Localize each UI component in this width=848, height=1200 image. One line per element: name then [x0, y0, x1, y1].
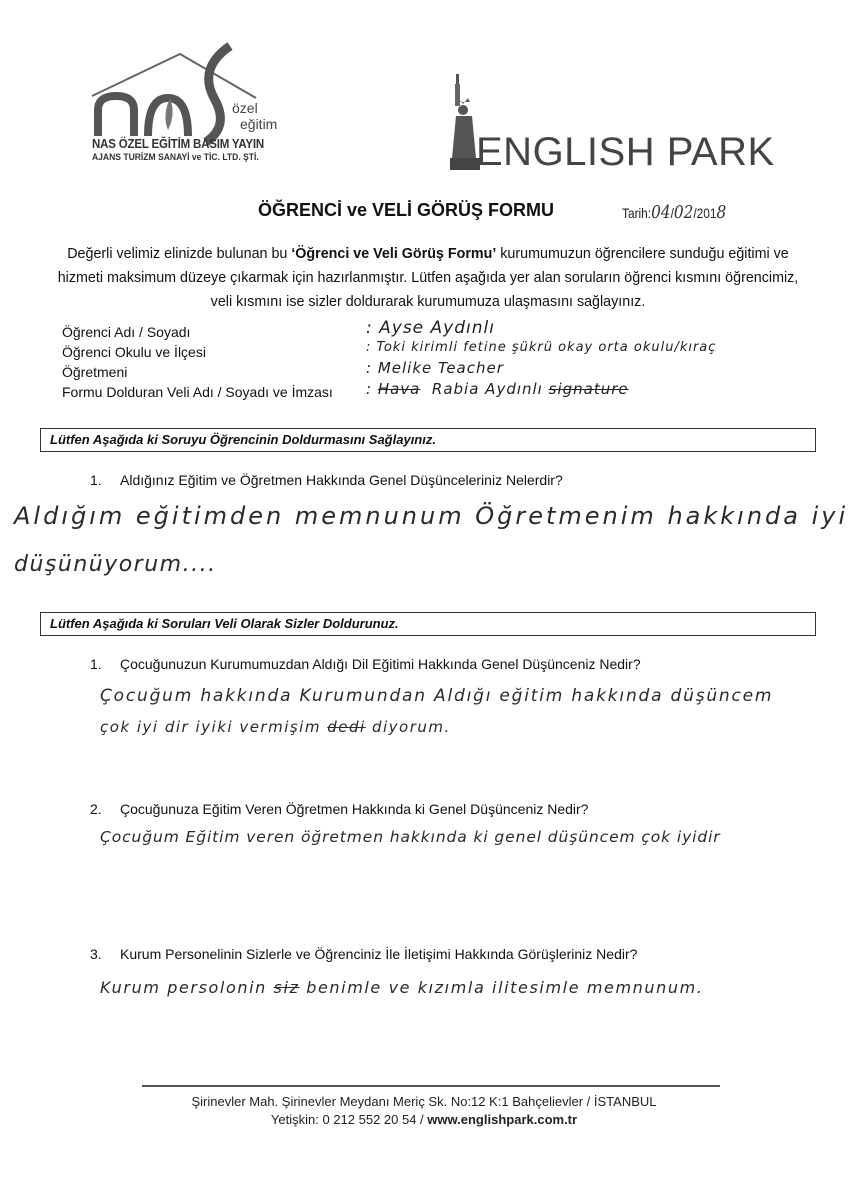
- parent-name-struck: Hava: [378, 380, 421, 398]
- nas-company-subtitle: AJANS TURİZM SANAYİ ve TİC. LTD. ŞTİ.: [92, 152, 259, 163]
- student-section-heading: Lütfen Aşağıda ki Soruyu Öğrencinin Dold…: [50, 432, 436, 447]
- form-title: ÖĞRENCİ ve VELİ GÖRÜŞ FORMU: [258, 200, 554, 221]
- footer-phone: Yetişkin: 0 212 552 20 54 /: [271, 1112, 427, 1127]
- parent-signature: signature: [549, 380, 629, 398]
- parent-question-1: 1.Çocuğunuzun Kurumumuzdan Aldığı Dil Eğ…: [90, 656, 641, 672]
- nas-company-name: NAS ÖZEL EĞİTİM BASIM YAYIN: [92, 137, 264, 151]
- parent-answer-1-line2[interactable]: çok iyi dir iyiki vermişim dedi diyorum.: [100, 718, 451, 736]
- parent-question-2: 2.Çocuğunuza Eğitim Veren Öğretmen Hakkı…: [90, 801, 588, 817]
- student-school-value[interactable]: : Toki kirimli fetine şükrü okay orta ok…: [366, 337, 716, 358]
- footer-address: Şirinevler Mah. Şirinevler Meydanı Meriç…: [0, 1094, 848, 1109]
- teacher-value[interactable]: : Melike Teacher: [366, 358, 716, 379]
- english-park-logo-text: ENGLISH PARK: [476, 130, 775, 175]
- date-month: 02: [674, 202, 693, 223]
- student-question-1: 1.Aldığınız Eğitim ve Öğretmen Hakkında …: [90, 472, 563, 488]
- parent-name-label: Formu Dolduran Veli Adı / Soyadı ve İmza…: [62, 382, 333, 402]
- intro-form-name: ‘Öğrenci ve Veli Görüş Formu’: [291, 246, 496, 262]
- parent-answer-3[interactable]: Kurum persolonin siz benimle ve kızımla …: [100, 978, 703, 997]
- nas-egitim-text: eğitim: [240, 116, 277, 132]
- teacher-label: Öğretmeni: [62, 362, 333, 382]
- parent-section-header: Lütfen Aşağıda ki Soruları Veli Olarak S…: [40, 612, 816, 636]
- footer-contact: Yetişkin: 0 212 552 20 54 / www.englishp…: [0, 1112, 848, 1127]
- date-year-suffix: 8: [717, 202, 727, 223]
- parent-name: Rabia Aydınlı: [432, 380, 543, 398]
- date-label: Tarih:: [622, 205, 651, 221]
- parent-answer-1-line1[interactable]: Çocuğum hakkında Kurumundan Aldığı eğiti…: [100, 686, 773, 706]
- date-year-prefix: 201: [697, 205, 717, 221]
- parent-name-value[interactable]: : Hava Rabia Aydınlı signature: [366, 379, 716, 400]
- student-name-value[interactable]: : Ayse Aydınlı: [366, 318, 716, 339]
- student-school-label: Öğrenci Okulu ve İlçesi: [62, 342, 333, 362]
- info-values: : Ayse Aydınlı : Toki kirimli fetine şük…: [366, 318, 716, 400]
- parent-question-3: 3.Kurum Personelinin Sizlerle ve Öğrenci…: [90, 946, 637, 962]
- parent-answer-2[interactable]: Çocuğum Eğitim veren öğretmen hakkında k…: [100, 828, 721, 846]
- date-day: 04: [651, 202, 670, 223]
- nas-ozel-text: özel: [232, 100, 258, 116]
- footer-divider: [142, 1085, 720, 1087]
- intro-paragraph: Değerli velimiz elinizde bulunan bu ‘Öğr…: [52, 242, 804, 314]
- student-section-header: Lütfen Aşağıda ki Soruyu Öğrencinin Dold…: [40, 428, 816, 452]
- student-answer-1-line2[interactable]: düşünüyorum....: [14, 552, 217, 577]
- parent-section-heading: Lütfen Aşağıda ki Soruları Veli Olarak S…: [50, 616, 399, 631]
- student-name-label: Öğrenci Adı / Soyadı: [62, 322, 333, 342]
- info-labels: Öğrenci Adı / Soyadı Öğrenci Okulu ve İl…: [62, 322, 333, 402]
- student-answer-1-line1[interactable]: Aldığım eğitimden memnunum Öğretmenim ha…: [14, 502, 848, 530]
- footer-website-link[interactable]: www.englishpark.com.tr: [427, 1112, 577, 1127]
- date-field[interactable]: Tarih:04/02/2018: [622, 202, 726, 223]
